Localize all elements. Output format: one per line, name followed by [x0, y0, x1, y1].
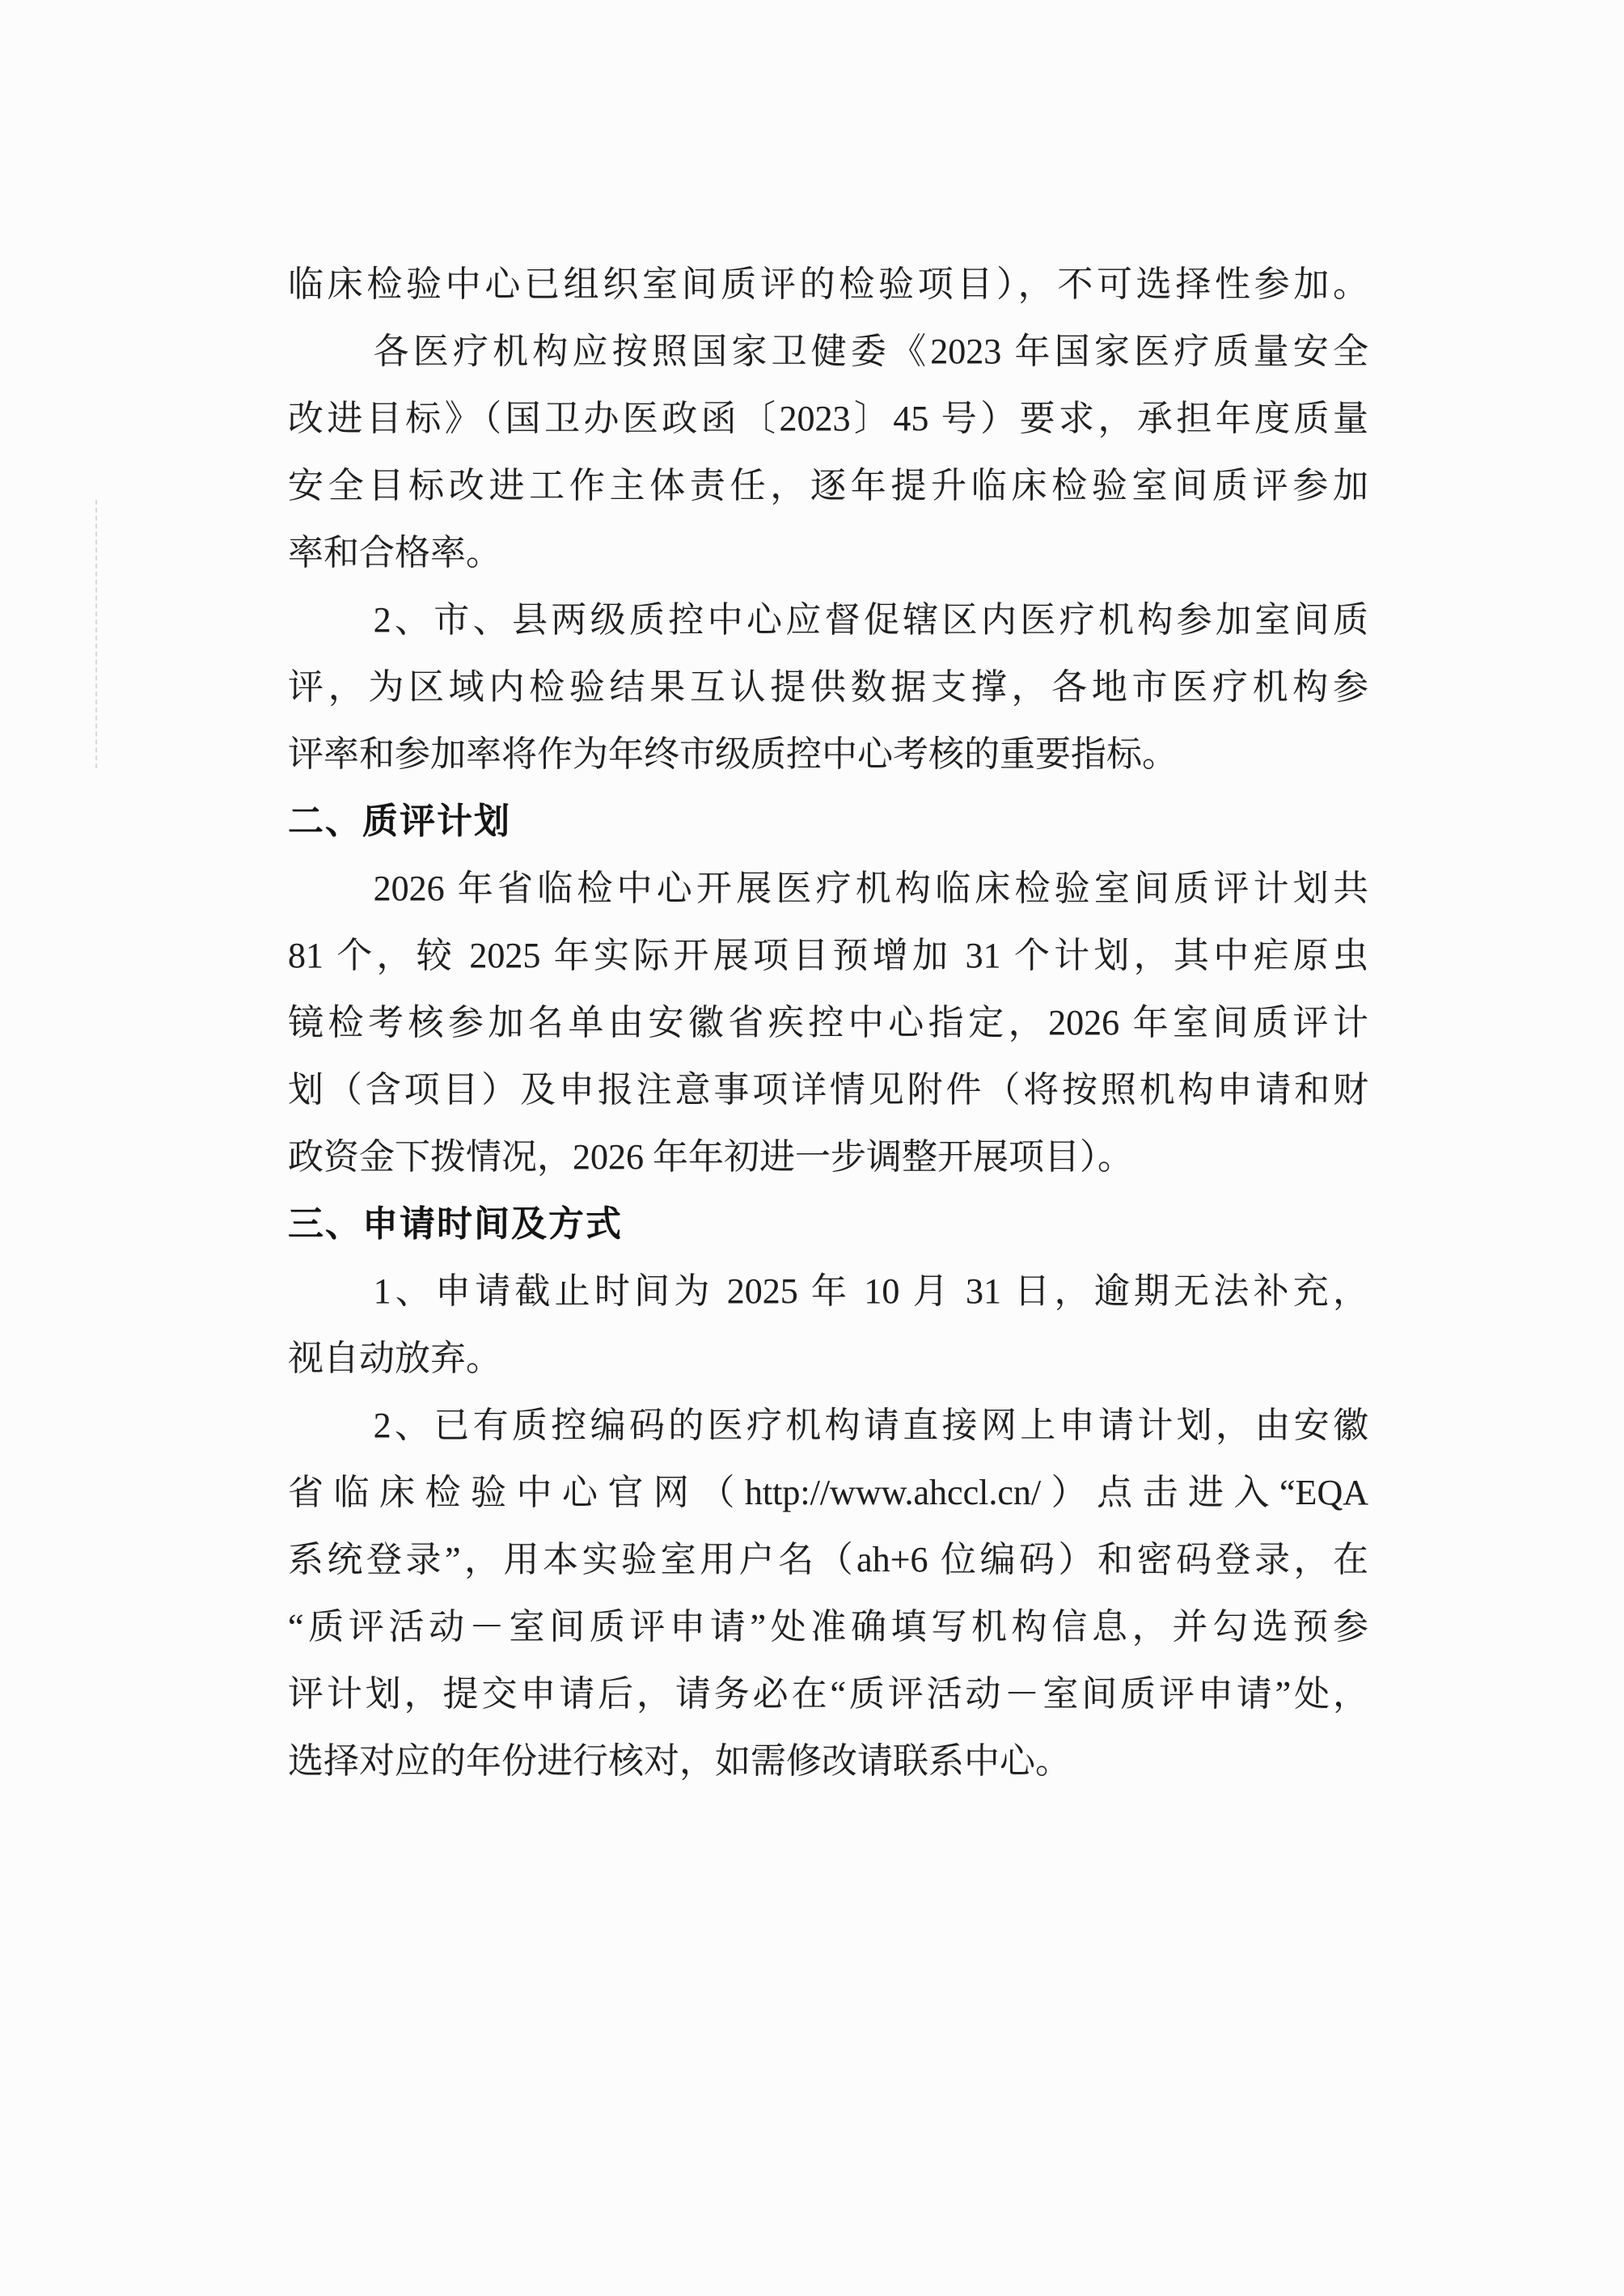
body-line: 81 个，较 2025 年实际开展项目预增加 31 个计划，其中疟原虫	[288, 922, 1368, 989]
body-line: 镜检考核参加名单由安徽省疾控中心指定，2026 年室间质评计	[288, 989, 1368, 1056]
body-line: 评率和参加率将作为年终市级质控中心考核的重要指标。	[288, 721, 1368, 788]
body-line: 各医疗机构应按照国家卫健委《2023 年国家医疗质量安全	[288, 318, 1368, 385]
body-line: 省临床检验中心官网（http://www.ahccl.cn/）点击进入“EQA	[288, 1459, 1368, 1526]
body-line: 改进目标》（国卫办医政函〔2023〕45 号）要求，承担年度质量	[288, 385, 1368, 452]
body-line: 评，为区域内检验结果互认提供数据支撑，各地市医疗机构参	[288, 653, 1368, 721]
body-line: 选择对应的年份进行核对，如需修改请联系中心。	[288, 1727, 1368, 1795]
document-page: 临床检验中心已组织室间质评的检验项目），不可选择性参加。 各医疗机构应按照国家卫…	[0, 0, 1624, 2296]
heading-section-3: 三、申请时间及方式	[288, 1190, 1368, 1258]
body-line: 2026 年省临检中心开展医疗机构临床检验室间质评计划共	[288, 855, 1368, 922]
body-line: 评计划，提交申请后，请务必在“质评活动－室间质评申请”处，	[288, 1660, 1368, 1727]
body-line: 率和合格率。	[288, 519, 1368, 586]
heading-section-2: 二、质评计划	[288, 788, 1368, 855]
body-line: “质评活动－室间质评申请”处准确填写机构信息，并勾选预参	[288, 1593, 1368, 1660]
scan-artifact-dashed-line	[95, 500, 97, 768]
document-body: 临床检验中心已组织室间质评的检验项目），不可选择性参加。 各医疗机构应按照国家卫…	[288, 251, 1368, 1795]
body-line: 划（含项目）及申报注意事项详情见附件（将按照机构申请和财	[288, 1056, 1368, 1123]
body-line: 政资金下拨情况，2026 年年初进一步调整开展项目）。	[288, 1123, 1368, 1190]
body-line: 2、已有质控编码的医疗机构请直接网上申请计划，由安徽	[288, 1392, 1368, 1459]
body-line: 2、市、县两级质控中心应督促辖区内医疗机构参加室间质	[288, 586, 1368, 653]
body-line: 视自动放弃。	[288, 1325, 1368, 1392]
body-line: 1、申请截止时间为 2025 年 10 月 31 日，逾期无法补充，	[288, 1258, 1368, 1325]
body-line: 安全目标改进工作主体责任，逐年提升临床检验室间质评参加	[288, 452, 1368, 519]
body-line: 临床检验中心已组织室间质评的检验项目），不可选择性参加。	[288, 251, 1368, 318]
body-line: 系统登录”，用本实验室用户名（ah+6 位编码）和密码登录，在	[288, 1526, 1368, 1593]
